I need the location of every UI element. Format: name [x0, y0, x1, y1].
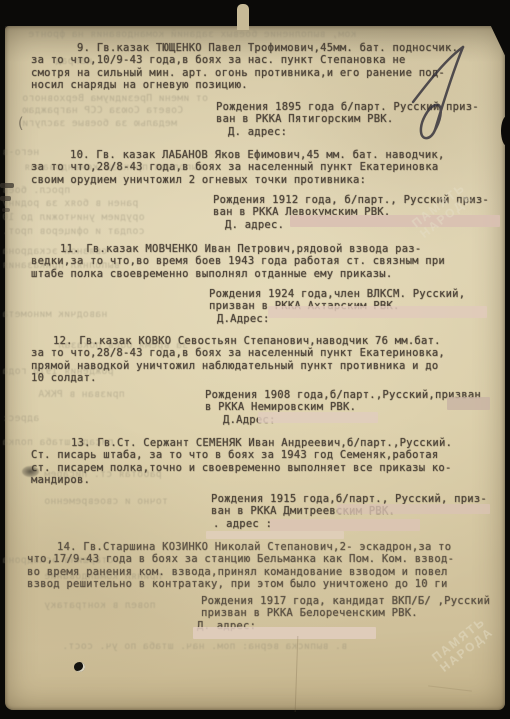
typed-line: 10 солдат. — [31, 372, 97, 384]
redaction-bar — [337, 504, 490, 514]
typed-line: за то что,28/8-43 года,в боях за населен… — [31, 161, 438, 173]
redaction-bar — [268, 306, 487, 318]
bleedthrough-line: ранен в боях за родину — [2, 198, 138, 209]
redaction-bar — [447, 397, 490, 410]
typed-line: ведки,за то что,во время боев 1943 года … — [31, 255, 445, 267]
typed-line: ван в РККА Пятигорским РВК. — [216, 113, 393, 125]
typed-line: носил снаряды на огневую позицию. — [31, 79, 248, 91]
typed-line: 13. Гв.Ст. Сержант СЕМЕНЯК Иван Андрееви… — [71, 437, 452, 449]
typed-line: 10. Гв. казак ЛАБАНОВ Яков Ефимович,45 м… — [70, 149, 445, 161]
typed-line: прямой наводкой уничтожил наблюдательный… — [31, 360, 438, 372]
typed-line: Рождения 1917 года, кандидат ВКП/Б/ ,Рус… — [201, 595, 490, 607]
bleedthrough-line: повел в контратаку — [44, 600, 156, 611]
typed-line: своим орудием уничтожил 2 огневых точки … — [31, 174, 366, 186]
typed-line: Ст. писарь штаба, за то что в боях за 19… — [31, 449, 438, 461]
typed-line: Д. адрес. — [225, 219, 284, 231]
bleedthrough-line: в. выписка верна: пом. нач. штаба по уч.… — [62, 641, 347, 652]
margin-dash-mark — [0, 183, 14, 188]
typed-line: Рождения 1908 года,б/парт.,Русский,призв… — [205, 389, 481, 401]
bleedthrough-line: от имени Президиума Верховного — [22, 93, 208, 104]
bleedthrough-line: призван в РККА — [38, 389, 125, 400]
margin-dash-mark — [0, 196, 11, 201]
typed-line: взвод решительно в контратаку, при этом … — [27, 578, 448, 590]
pen-bracket-mark: ( — [16, 114, 25, 132]
redaction-bar — [270, 519, 420, 531]
typed-line: Рождения 1924 года,член ВЛКСМ. Русский, — [209, 288, 465, 300]
typed-line: 9. Гв.казак ТЮЩЕНКО Павел Трофимович,45м… — [77, 42, 458, 54]
ink-smudge — [22, 466, 39, 477]
bleedthrough-line: него-в — [2, 147, 39, 158]
bleedthrough-line: Совета Союза ССР награждаю — [22, 105, 183, 116]
typed-line: 14. Гв.Старшина КОЗИНКО Николай Степанов… — [57, 541, 451, 553]
typed-line: за то что,10/9-43 года,в боях за нас. пу… — [31, 54, 406, 66]
redaction-bar — [206, 531, 344, 539]
typed-line: что,17/9-43 года в боях за станцию Бельм… — [27, 553, 454, 565]
paper-edge-tab — [237, 4, 249, 30]
typed-line: 11. Гв.казак МОВЧЕНКО Иван Петрович,рядо… — [60, 243, 421, 255]
typed-line: Д. адрес: — [228, 126, 287, 138]
typed-line: за то что,28/8-43 года,в боях за населен… — [31, 347, 445, 359]
margin-dash-mark — [2, 208, 10, 212]
typed-line: 12. Гв.казак КОВКО Севостьян Степанович,… — [53, 335, 441, 347]
bleedthrough-line: медалью за боевые заслуги — [22, 118, 177, 129]
typed-line: ст. писарем полка,точно и своевременно в… — [31, 462, 452, 474]
bleedthrough-line: ком, выполнение боевых заданий командова… — [28, 29, 357, 40]
typed-line: смотря на сильный мин. арт. огонь против… — [31, 67, 445, 79]
handwritten-signature — [405, 44, 475, 144]
paper-hole-speck — [74, 662, 85, 672]
typed-line: штабе полка своевременно выполнял отданн… — [31, 268, 392, 280]
scanned-document: ком, выполнение боевых заданий командова… — [0, 0, 510, 719]
redaction-bar — [290, 215, 500, 227]
bleedthrough-line: точно и своевременно — [44, 496, 168, 507]
bleedthrough-line: адрес: — [2, 413, 39, 424]
bleedthrough-line: солдат и офицеров прот. — [2, 226, 145, 237]
typed-line: призван в РККА Белореченским РВК. — [201, 607, 418, 619]
redaction-bar — [258, 412, 378, 423]
typed-line: во время ранения ком. взвода,принял кома… — [27, 566, 448, 578]
typed-line: Д.Адрес: — [217, 313, 270, 325]
redaction-bar — [193, 627, 376, 639]
bleedthrough-line: наводчик миномета — [2, 309, 107, 320]
typed-line: мандиров. — [31, 474, 90, 486]
typed-line: . адрес : — [213, 518, 272, 530]
bleedthrough-line: орудием уничтожил до 10 — [2, 212, 145, 223]
right-edge-notch — [501, 116, 510, 146]
